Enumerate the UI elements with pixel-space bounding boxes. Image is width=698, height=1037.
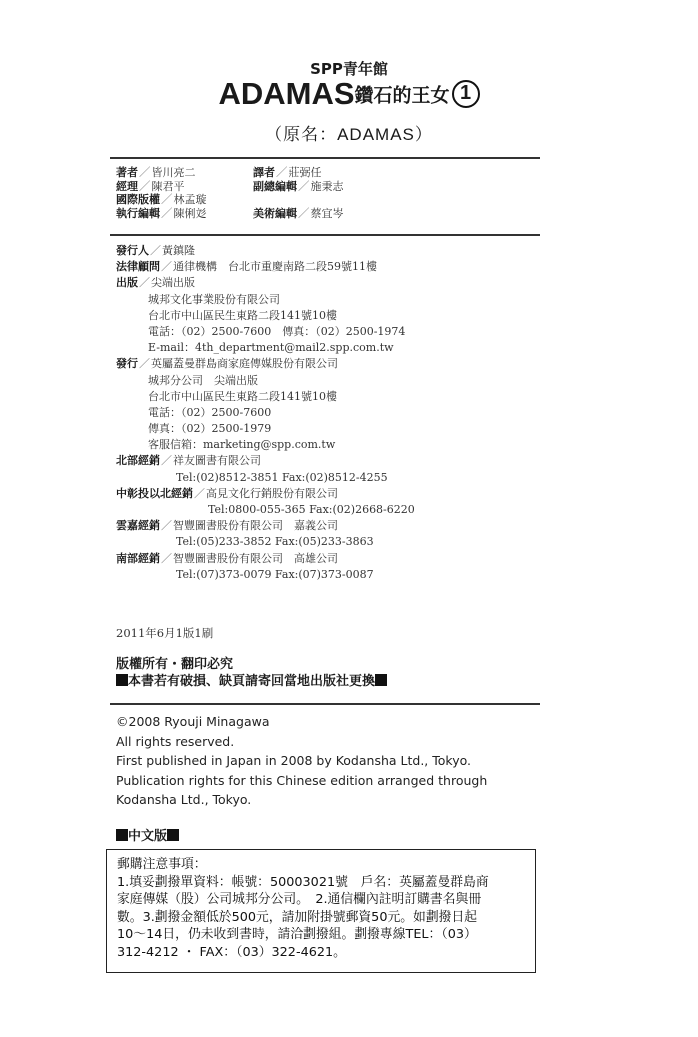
north-distributor: 北部經銷／祥友圖書有限公司 <box>116 453 415 469</box>
copyright-line: All rights reserved. <box>116 732 487 752</box>
publishing-address: 台北市中山區民生東路二段141號10樓 <box>116 308 415 324</box>
copyright-line: First published in Japan in 2008 by Koda… <box>116 751 487 771</box>
distribution-fax: 傳真：（02）2500-1979 <box>116 421 415 437</box>
black-square-icon <box>375 674 387 686</box>
yunjia-distributor: 雲嘉經銷／智豐圖書股份有限公司 嘉義公司 <box>116 518 415 534</box>
north-contact: Tel:(02)8512-3851 Fax:(02)8512-4255 <box>116 470 415 486</box>
book-title: ADAMAS鑽石的王女1 <box>0 76 698 112</box>
english-copyright: ©2008 Ryouji Minagawa All rights reserve… <box>116 712 487 810</box>
black-square-icon <box>116 674 128 686</box>
distribution-line: 發行／英屬蓋曼群島商家庭傳媒股份有限公司 <box>116 356 415 372</box>
credit-intl-rights: 國際版權／林孟璇 <box>116 193 253 207</box>
publishing-email: E-mail：4th_department@mail2.spp.com.tw <box>116 340 415 356</box>
distribution-email: 客服信箱：marketing@spp.com.tw <box>116 437 415 453</box>
credit-deputy-editor: 副總編輯／施秉志 <box>253 180 390 194</box>
rights-line-1: 版權所有・翻印必究 <box>116 656 387 673</box>
yunjia-contact: Tel:(05)233-3852 Fax:(05)233-3863 <box>116 534 415 550</box>
central-distributor: 中彰投以北經銷／高見文化行銷股份有限公司 <box>116 486 415 502</box>
order-notice-line: 312-4212 ・ FAX：（03）322-4621。 <box>117 944 529 962</box>
original-title: （原名：ADAMAS） <box>0 120 698 145</box>
south-contact: Tel:(07)373-0079 Fax:(07)373-0087 <box>116 567 415 583</box>
rights-line-2: 本書若有破損、缺頁請寄回當地出版社更換 <box>116 673 387 690</box>
credit-author: 著者／皆川亮二 <box>116 166 253 180</box>
publisher-info: 發行人／黃鎮隆 法律顧問／通律機構 台北市重慶南路二段59號11樓 出版／尖端出… <box>116 243 415 583</box>
credit-art-editor: 美術編輯／蔡宜岑 <box>253 207 390 221</box>
title-latin: ADAMAS <box>218 76 354 111</box>
credit-exec-editor: 執行編輯／陳俐彣 <box>116 207 253 221</box>
divider-middle <box>110 234 540 236</box>
divider-lower <box>110 703 540 705</box>
copyright-line: ©2008 Ryouji Minagawa <box>116 712 487 732</box>
credit-row: 著者／皆川亮二 譯者／莊弼任 <box>116 166 390 180</box>
publishing-phone: 電話：（02）2500-7600 傳真：（02）2500-1974 <box>116 324 415 340</box>
divider-top <box>110 157 540 159</box>
distribution-address: 台北市中山區民生東路二段141號10樓 <box>116 389 415 405</box>
staff-credits: 著者／皆川亮二 譯者／莊弼任 經理／陳君平 副總編輯／施秉志 國際版權／林孟璇 … <box>116 166 390 220</box>
order-notice-line: 1.填妥劃撥單資料：帳號：50003021號 戶名：英屬蓋曼群島商 <box>117 874 529 892</box>
copyright-line: Kodansha Ltd., Tokyo. <box>116 790 487 810</box>
credit-translator: 譯者／莊弼任 <box>253 166 390 180</box>
order-notice-title: 郵購注意事項： <box>117 856 529 874</box>
central-contact: Tel:0800-055-365 Fax:(02)2668-6220 <box>116 502 415 518</box>
distribution-phone: 電話：（02）2500-7600 <box>116 405 415 421</box>
credit-row: 執行編輯／陳俐彣 美術編輯／蔡宜岑 <box>116 207 390 221</box>
title-cjk: 鑽石的王女 <box>355 85 450 107</box>
issuer-line: 發行人／黃鎮隆 <box>116 243 415 259</box>
publishing-company: 城邦文化事業股份有限公司 <box>116 292 415 308</box>
publishing-line: 出版／尖端出版 <box>116 275 415 291</box>
chinese-edition-label: 中文版 <box>116 825 179 844</box>
rights-notice: 版權所有・翻印必究 本書若有破損、缺頁請寄回當地出版社更換 <box>116 656 387 690</box>
order-notice-line: 家庭傳媒（股）公司城邦分公司。 2.通信欄內註明訂購書名與冊 <box>117 891 529 909</box>
volume-number-badge: 1 <box>452 80 480 108</box>
mail-order-notice-box: 郵購注意事項： 1.填妥劃撥單資料：帳號：50003021號 戶名：英屬蓋曼群島… <box>106 849 536 973</box>
south-distributor: 南部經銷／智豐圖書股份有限公司 高雄公司 <box>116 551 415 567</box>
black-square-icon <box>167 829 179 841</box>
credit-manager: 經理／陳君平 <box>116 180 253 194</box>
order-notice-line: 10～14日，仍未收到書時，請洽劃撥組。劃撥專線TEL：（03） <box>117 926 529 944</box>
copyright-line: Publication rights for this Chinese edit… <box>116 771 487 791</box>
order-notice-line: 數。3.劃撥金額低於500元，請加附掛號郵資50元。如劃撥日起 <box>117 909 529 927</box>
black-square-icon <box>116 829 128 841</box>
edition-date: 2011年6月1版1刷 <box>116 625 213 641</box>
distribution-branch: 城邦分公司 尖端出版 <box>116 373 415 389</box>
legal-line: 法律顧問／通律機構 台北市重慶南路二段59號11樓 <box>116 259 415 275</box>
credit-row: 國際版權／林孟璇 <box>116 193 390 207</box>
credit-row: 經理／陳君平 副總編輯／施秉志 <box>116 180 390 194</box>
